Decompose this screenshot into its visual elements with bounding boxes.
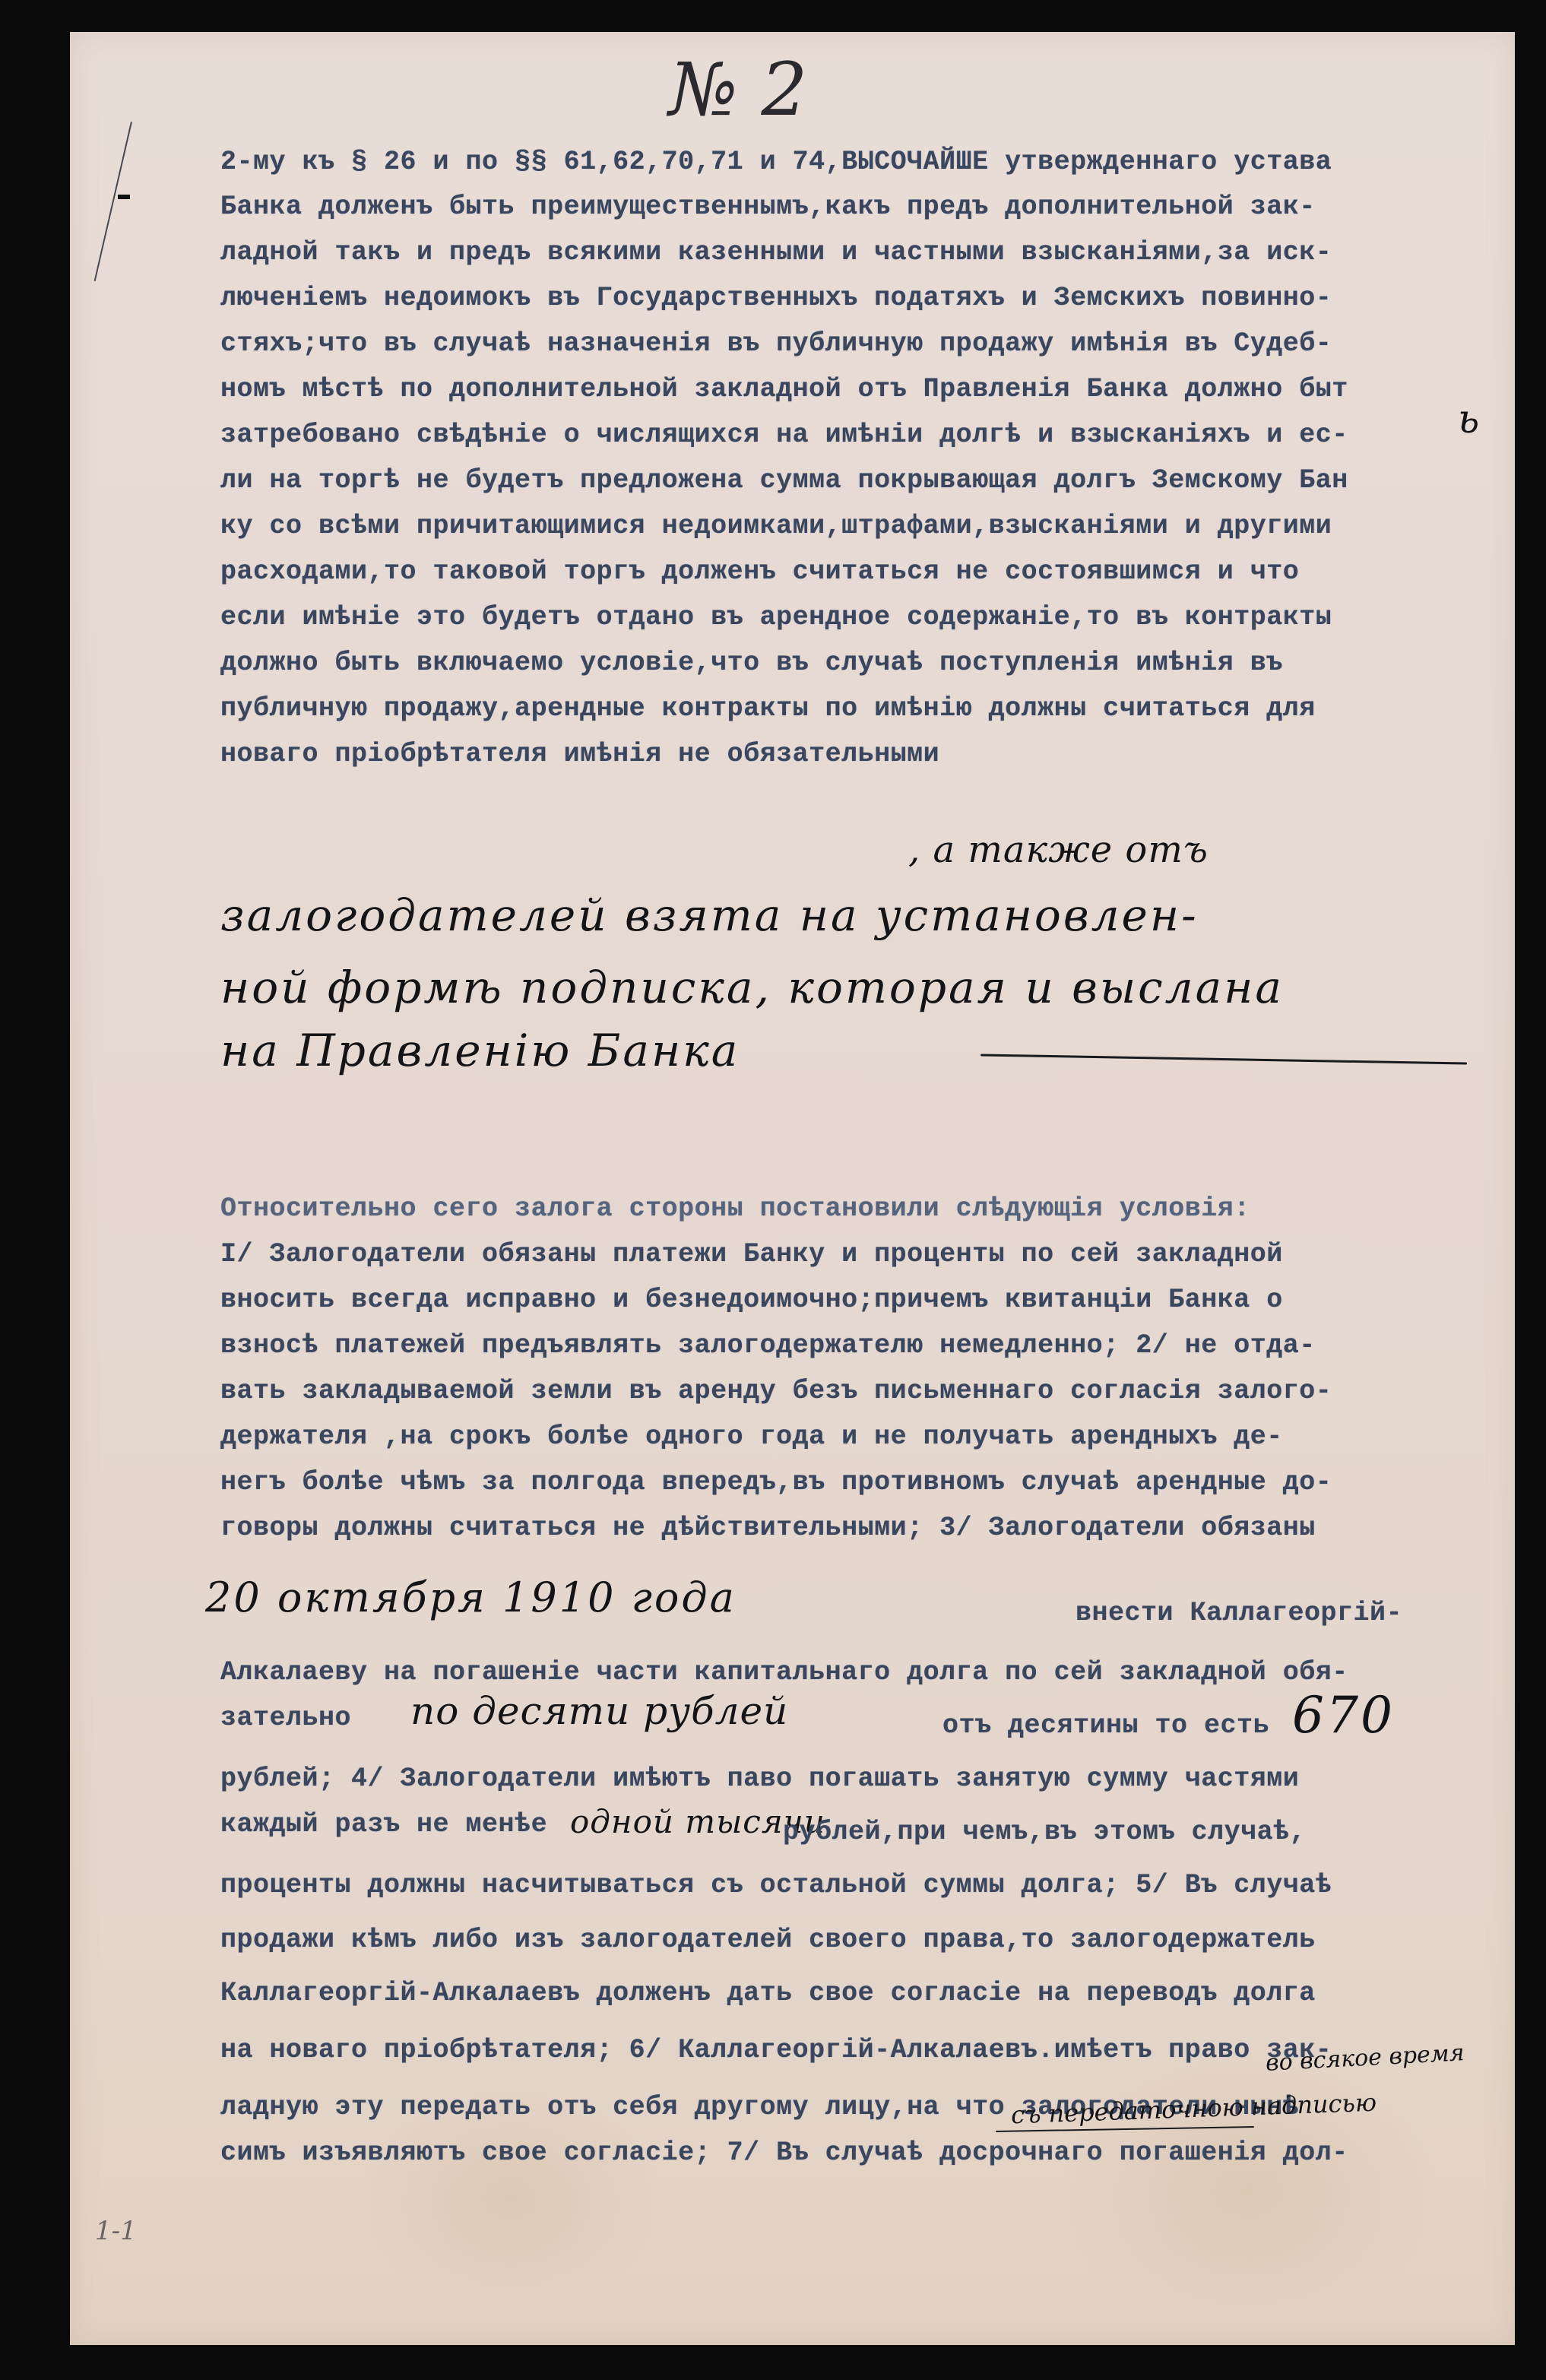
typed-line: держателя ,на срокъ болѣе одного года и … xyxy=(220,1420,1482,1453)
margin-dash-mark xyxy=(118,195,130,199)
typed-line: рублей; 4/ Залогодатели имѣютъ паво пога… xyxy=(220,1762,1482,1795)
typed-line: ли на торгѣ не будетъ предложена сумма п… xyxy=(220,464,1482,497)
typed-line: зательно xyxy=(220,1701,351,1735)
typed-line: должно быть включаемо условіе,что въ слу… xyxy=(220,646,1482,680)
typed-line: ку со всѣми причитающимися недоимками,шт… xyxy=(220,509,1482,543)
handwritten-line: , а также отъ xyxy=(908,829,1209,871)
typed-line: Алкалаеву на погашеніе части капитальнаг… xyxy=(220,1656,1482,1689)
handwritten-total: 670 xyxy=(1292,1686,1395,1745)
handwritten-correction: ь xyxy=(1458,397,1480,442)
handwritten-line: ной формѣ подписка, которая и выслана xyxy=(220,962,1284,1013)
typed-line: Банка долженъ быть преимущественнымъ,как… xyxy=(220,190,1482,223)
typed-line: рублей,при чемъ,въ этомъ случаѣ, xyxy=(783,1815,1306,1849)
typed-line: номъ мѣстѣ по дополнительной закладной о… xyxy=(220,372,1482,406)
typed-line: 2-му къ § 26 и по §§ 61,62,70,71 и 74,ВЫ… xyxy=(220,145,1482,179)
handwritten-line: залогодателей взята на установлен- xyxy=(220,889,1199,941)
typed-line: внести Каллагеоргій- xyxy=(1076,1596,1402,1630)
typed-line: ладной такъ и предъ всякими казенными и … xyxy=(220,236,1482,269)
handwritten-date: 20 октября 1910 года xyxy=(205,1573,737,1621)
typed-line: вать закладываемой земли въ аренду безъ … xyxy=(220,1374,1482,1408)
typed-line: I/ Залогодатели обязаны платежи Банку и … xyxy=(220,1238,1482,1271)
page-number-mark: № 2 xyxy=(669,47,807,132)
typed-line: каждый разъ не менѣе xyxy=(220,1808,547,1841)
typed-line: Каллагеоргій-Алкалаевъ долженъ дать свое… xyxy=(220,1976,1482,2010)
typed-line: если имѣніе это будетъ отдано въ арендно… xyxy=(220,601,1482,634)
handwritten-amount: по десяти рублей xyxy=(410,1689,788,1733)
section-heading: Относительно сего залога стороны постано… xyxy=(220,1192,1482,1225)
typed-line: говоры должны считаться не дѣйствительны… xyxy=(220,1511,1482,1545)
paper-stain xyxy=(1058,2046,1438,2335)
typed-line: проценты должны насчитываться съ остальн… xyxy=(220,1868,1482,1902)
typed-line: отъ десятины то есть xyxy=(942,1709,1269,1742)
typed-line: стяхъ;что въ случаѣ назначенія въ публич… xyxy=(220,327,1482,360)
handwritten-line: на Правленію Банка xyxy=(220,1025,740,1076)
typed-line: новаго пріобрѣтателя имѣнія не обязатель… xyxy=(220,737,939,771)
typed-line: люченіемъ недоимокъ въ Государственныхъ … xyxy=(220,281,1482,315)
typed-line: продажи кѣмъ либо изъ залогодателей свое… xyxy=(220,1923,1482,1957)
typed-line: затребовано свѣдѣніе о числящихся на имѣ… xyxy=(220,418,1482,452)
typed-line: негъ болѣе чѣмъ за полгода впередъ,въ пр… xyxy=(220,1466,1482,1499)
typed-line: взносѣ платежей предъявлять залогодержат… xyxy=(220,1329,1482,1362)
typed-line: вносить всегда исправно и безнедоимочно;… xyxy=(220,1283,1482,1317)
typed-line: публичную продажу,арендные контракты по … xyxy=(220,692,1482,725)
typed-line: расходами,то таковой торгъ долженъ счита… xyxy=(220,555,1482,588)
typed-line: симъ изъявляютъ свое согласіе; 7/ Въ слу… xyxy=(220,2136,1482,2169)
pencil-mark: 1-1 xyxy=(95,2216,137,2246)
